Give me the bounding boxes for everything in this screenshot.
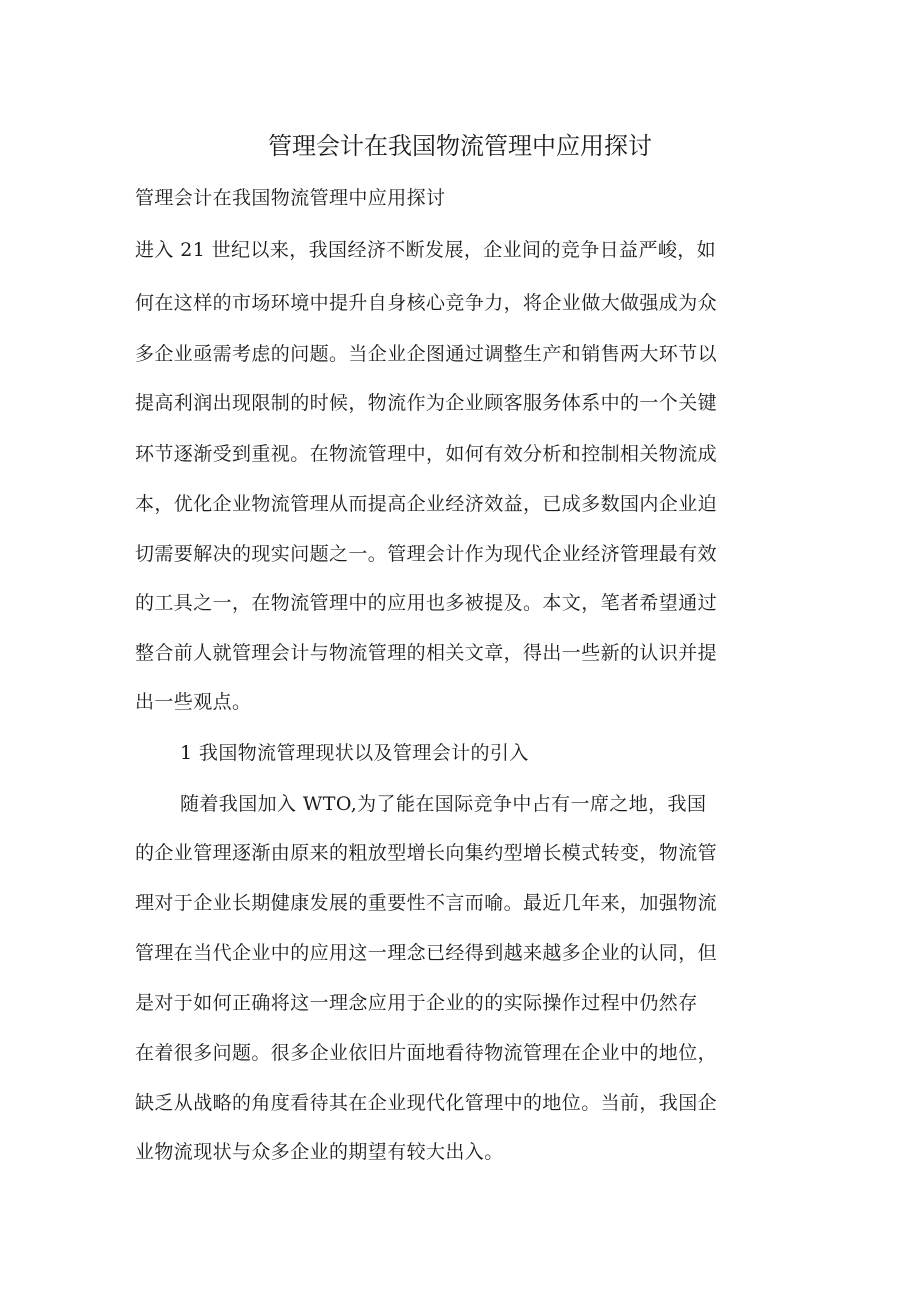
paragraph-line: 是对于如何正确将这一理念应用于企业的的实际操作过程中仍然存 [135,991,698,1015]
document-title: 管理会计在我国物流管理中应用探讨 [0,126,920,161]
paragraph-line: 在着很多问题。很多企业依旧片面地看待物流管理在企业中的地位， [135,1041,717,1065]
document-subtitle: 管理会计在我国物流管理中应用探讨 [135,186,445,210]
paragraph-line: 整合前人就管理会计与物流管理的相关文章，得出一些新的认识并提 [135,641,717,665]
paragraph-line: 管理在当代企业中的应用这一理念已经得到越来越多企业的认同，但 [135,941,717,965]
paragraph-line: 提高利润出现限制的时候，物流作为企业顾客服务体系中的一个关键 [135,391,717,415]
paragraph-line: 的企业管理逐渐由原来的粗放型增长向集约型增长模式转变，物流管 [135,841,717,865]
paragraph-line: 业物流现状与众多企业的期望有较大出入。 [135,1140,504,1164]
paragraph-line: 何在这样的市场环境中提升自身核心竞争力，将企业做大做强成为众 [135,291,717,315]
paragraph-line: 理对于企业长期健康发展的重要性不言而喻。最近几年来，加强物流 [135,891,717,915]
paragraph-line: 缺乏从战略的角度看待其在企业现代化管理中的地位。当前，我国企 [135,1091,717,1115]
paragraph-line: 出一些观点。 [135,690,251,714]
paragraph-line: 环节逐渐受到重视。在物流管理中，如何有效分析和控制相关物流成 [135,442,717,466]
paragraph-line: 随着我国加入 WTO,为了能在国际竞争中占有一席之地，我国 [180,792,706,816]
paragraph-line: 的工具之一，在物流管理中的应用也多被提及。本文，笔者希望通过 [135,591,717,615]
paragraph-line: 切需要解决的现实问题之一。管理会计作为现代企业经济管理最有效 [135,542,717,566]
paragraph-line: 进入 21 世纪以来，我国经济不断发展，企业间的竞争日益严峻，如 [135,238,716,262]
paragraph-line: 多企业亟需考虑的问题。当企业企图通过调整生产和销售两大环节以 [135,342,717,366]
section-heading: 1 我国物流管理现状以及管理会计的引入 [180,741,529,765]
paragraph-line: 本，优化企业物流管理从而提高企业经济效益，已成多数国内企业迫 [135,492,717,516]
document-page: 管理会计在我国物流管理中应用探讨 管理会计在我国物流管理中应用探讨 进入 21 … [0,0,920,1303]
